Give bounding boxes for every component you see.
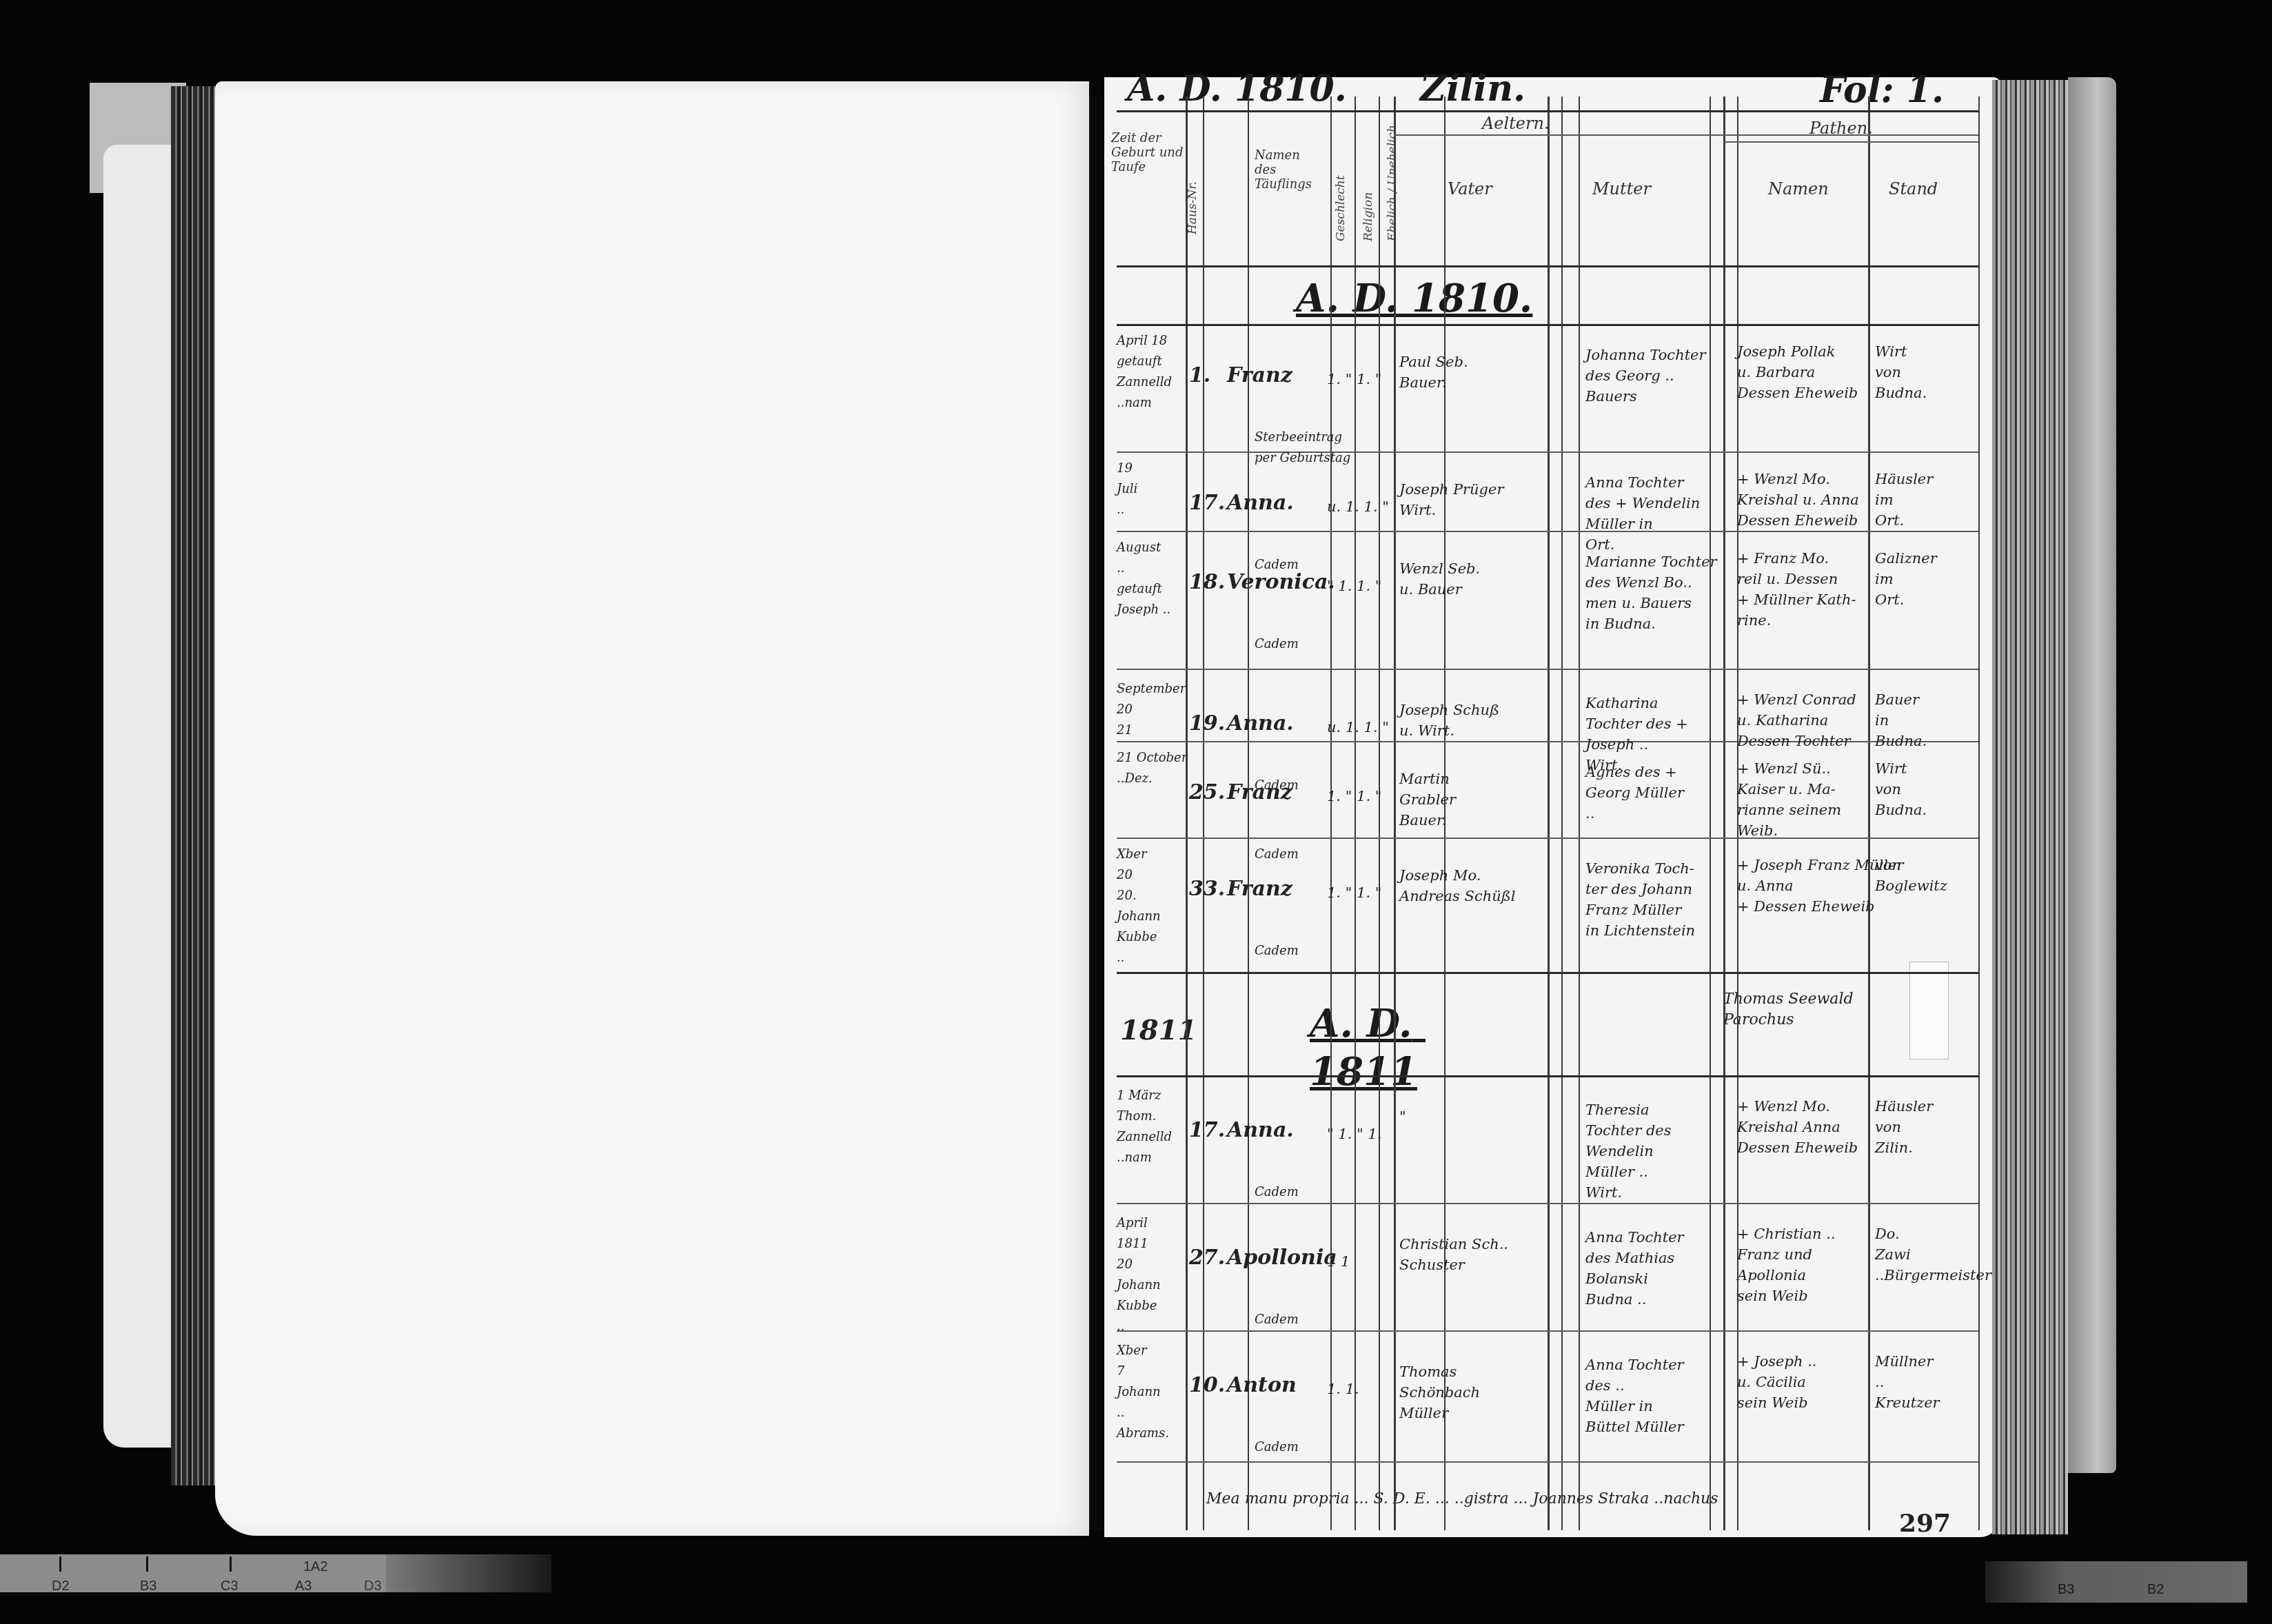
entry-house-no: 33. <box>1189 879 1225 900</box>
entry-mother: Anna Tochter des + Wendelin Müller in Or… <box>1585 472 1700 555</box>
entry-house-no: 1. <box>1189 365 1210 386</box>
entry-sex: 1. " 1. " <box>1327 369 1381 389</box>
entry-father: Martin Grabler Bauer. <box>1399 769 1456 831</box>
entry-mother: Johanna Tochter des Georg .. Bauers <box>1585 345 1706 407</box>
entry-child: Anna. <box>1227 493 1294 514</box>
entry-child: Anton <box>1227 1375 1297 1396</box>
entry-date: Xber 7 Johann .. Abrams. <box>1117 1341 1169 1444</box>
entry-house-no: 10. <box>1189 1375 1225 1396</box>
entry-mother: Theresia Tochter des Wendelin Müller .. … <box>1585 1099 1672 1203</box>
entry-father: Thomas Schönbach Müller <box>1399 1361 1480 1423</box>
entry-godparents: + Christian .. Franz und Apollonia sein … <box>1737 1224 1836 1306</box>
entry-child: Franz <box>1227 365 1292 386</box>
entry-sex: u. 1. 1. " <box>1327 717 1389 738</box>
entry-sex: " 1. 1. " <box>1327 576 1381 596</box>
entry-mother: Anna Tochter des .. Müller in Büttel Mül… <box>1585 1354 1684 1437</box>
entry-child: Anna. <box>1227 1120 1294 1141</box>
entry-house-no: 18. <box>1189 572 1225 593</box>
entry-father: Paul Seb. Bauer. <box>1399 352 1468 393</box>
entry-godparents: + Wenzl Sü.. Kaiser u. Ma- rianne seinem… <box>1737 758 1841 841</box>
entry-date: April 1811 20 Johann Kubbe .. <box>1117 1213 1161 1337</box>
entry-sex: " 1. " 1. <box>1327 1124 1381 1144</box>
entry-godparents: + Wenzl Mo. Kreishal u. Anna Dessen Ehew… <box>1737 469 1859 531</box>
entry-godparents: Joseph Pollak u. Barbara Dessen Eheweib <box>1737 341 1858 403</box>
entry-note: Cadem <box>1255 844 1299 865</box>
entry-godparents-status: Do. Zawi ..Bürgermeister <box>1875 1224 1991 1286</box>
entry-mother: Agnes des + Georg Müller .. <box>1585 762 1684 824</box>
entry-godparents-status: Häusler von Zilin. <box>1875 1096 1933 1158</box>
entry-house-no: 17. <box>1189 493 1225 514</box>
entry-father: Christian Sch.. Schuster <box>1399 1234 1508 1275</box>
entry-godparents-status: Bauer in Budna. <box>1875 689 1927 751</box>
entry-godparents-status: Galizner im Ort. <box>1875 548 1937 610</box>
entry-father: Joseph Schuß u. Wirt. <box>1399 700 1499 741</box>
entry-note: Cadem <box>1255 1182 1299 1203</box>
entry-note: Sterbeeintrag per Geburtstag <box>1255 427 1350 469</box>
entry-father: Joseph Mo. Andreas Schüßl <box>1399 865 1516 906</box>
entry-date: 21 October ..Dez. <box>1117 748 1187 789</box>
entry-mother: Veronika Toch- ter des Johann Franz Müll… <box>1585 858 1695 941</box>
entry-note: Cadem <box>1255 941 1299 962</box>
entry-sex: 1. 1. <box>1327 1379 1359 1399</box>
entry-date: September 20 21 <box>1117 679 1186 741</box>
entry-godparents: + Wenzl Conrad u. Katharina Dessen Tocht… <box>1737 689 1856 751</box>
entry-mother: Marianne Tochter des Wenzl Bo.. men u. B… <box>1585 551 1717 634</box>
entry-mother: Anna Tochter des Mathias Bolanski Budna … <box>1585 1227 1684 1310</box>
entry-child: Anna. <box>1227 713 1294 734</box>
register-entries: April 18 getauft Zannelld ..nam1.FranzSt… <box>0 0 2272 1624</box>
entry-godparents-status: Wirt von Budna. <box>1875 758 1927 820</box>
entry-date: 1 März Thom. Zannelld ..nam <box>1117 1086 1172 1168</box>
entry-note: Cadem <box>1255 634 1299 655</box>
entry-sex: u. 1. 1. " <box>1327 496 1389 517</box>
entry-note: Cadem <box>1255 1310 1299 1330</box>
entry-child: Franz <box>1227 879 1292 900</box>
entry-house-no: 19. <box>1189 713 1225 734</box>
entry-godparents: + Franz Mo. reil u. Dessen + Müllner Kat… <box>1737 548 1856 631</box>
entry-sex: 1. " 1. " <box>1327 882 1381 903</box>
entry-godparents: + Joseph .. u. Cäcilia sein Weib <box>1737 1351 1817 1413</box>
entry-child: Franz <box>1227 782 1292 803</box>
entry-godparents: + Wenzl Mo. Kreishal Anna Dessen Eheweib <box>1737 1096 1858 1158</box>
entry-date: April 18 getauft Zannelld ..nam <box>1117 331 1172 414</box>
entry-note: Cadem <box>1255 1437 1299 1458</box>
entry-child: Apollonia <box>1227 1248 1337 1268</box>
entry-child: Veronica. <box>1227 572 1335 593</box>
entry-godparents-status: Wirt von Budna. <box>1875 341 1927 403</box>
entry-date: 19 Juli .. <box>1117 458 1137 520</box>
entry-date: August .. getauft Joseph .. <box>1117 538 1170 620</box>
entry-godparents-status: Müllner .. Kreutzer <box>1875 1351 1940 1413</box>
entry-house-no: 25. <box>1189 782 1225 803</box>
entry-father: Joseph Prüger Wirt. <box>1399 479 1504 520</box>
entry-godparents-status: Häusler im Ort. <box>1875 469 1933 531</box>
entry-sex: 1. " 1. " <box>1327 786 1381 806</box>
entry-date: Xber 20 20. Johann Kubbe .. <box>1117 844 1161 968</box>
entry-house-no: 17. <box>1189 1120 1225 1141</box>
entry-father: " <box>1399 1106 1406 1127</box>
entry-godparents-status: von Boglewitz <box>1875 855 1947 896</box>
entry-house-no: 27. <box>1189 1248 1225 1268</box>
entry-sex: 1 1 <box>1327 1251 1350 1272</box>
entry-father: Wenzl Seb. u. Bauer <box>1399 558 1480 600</box>
